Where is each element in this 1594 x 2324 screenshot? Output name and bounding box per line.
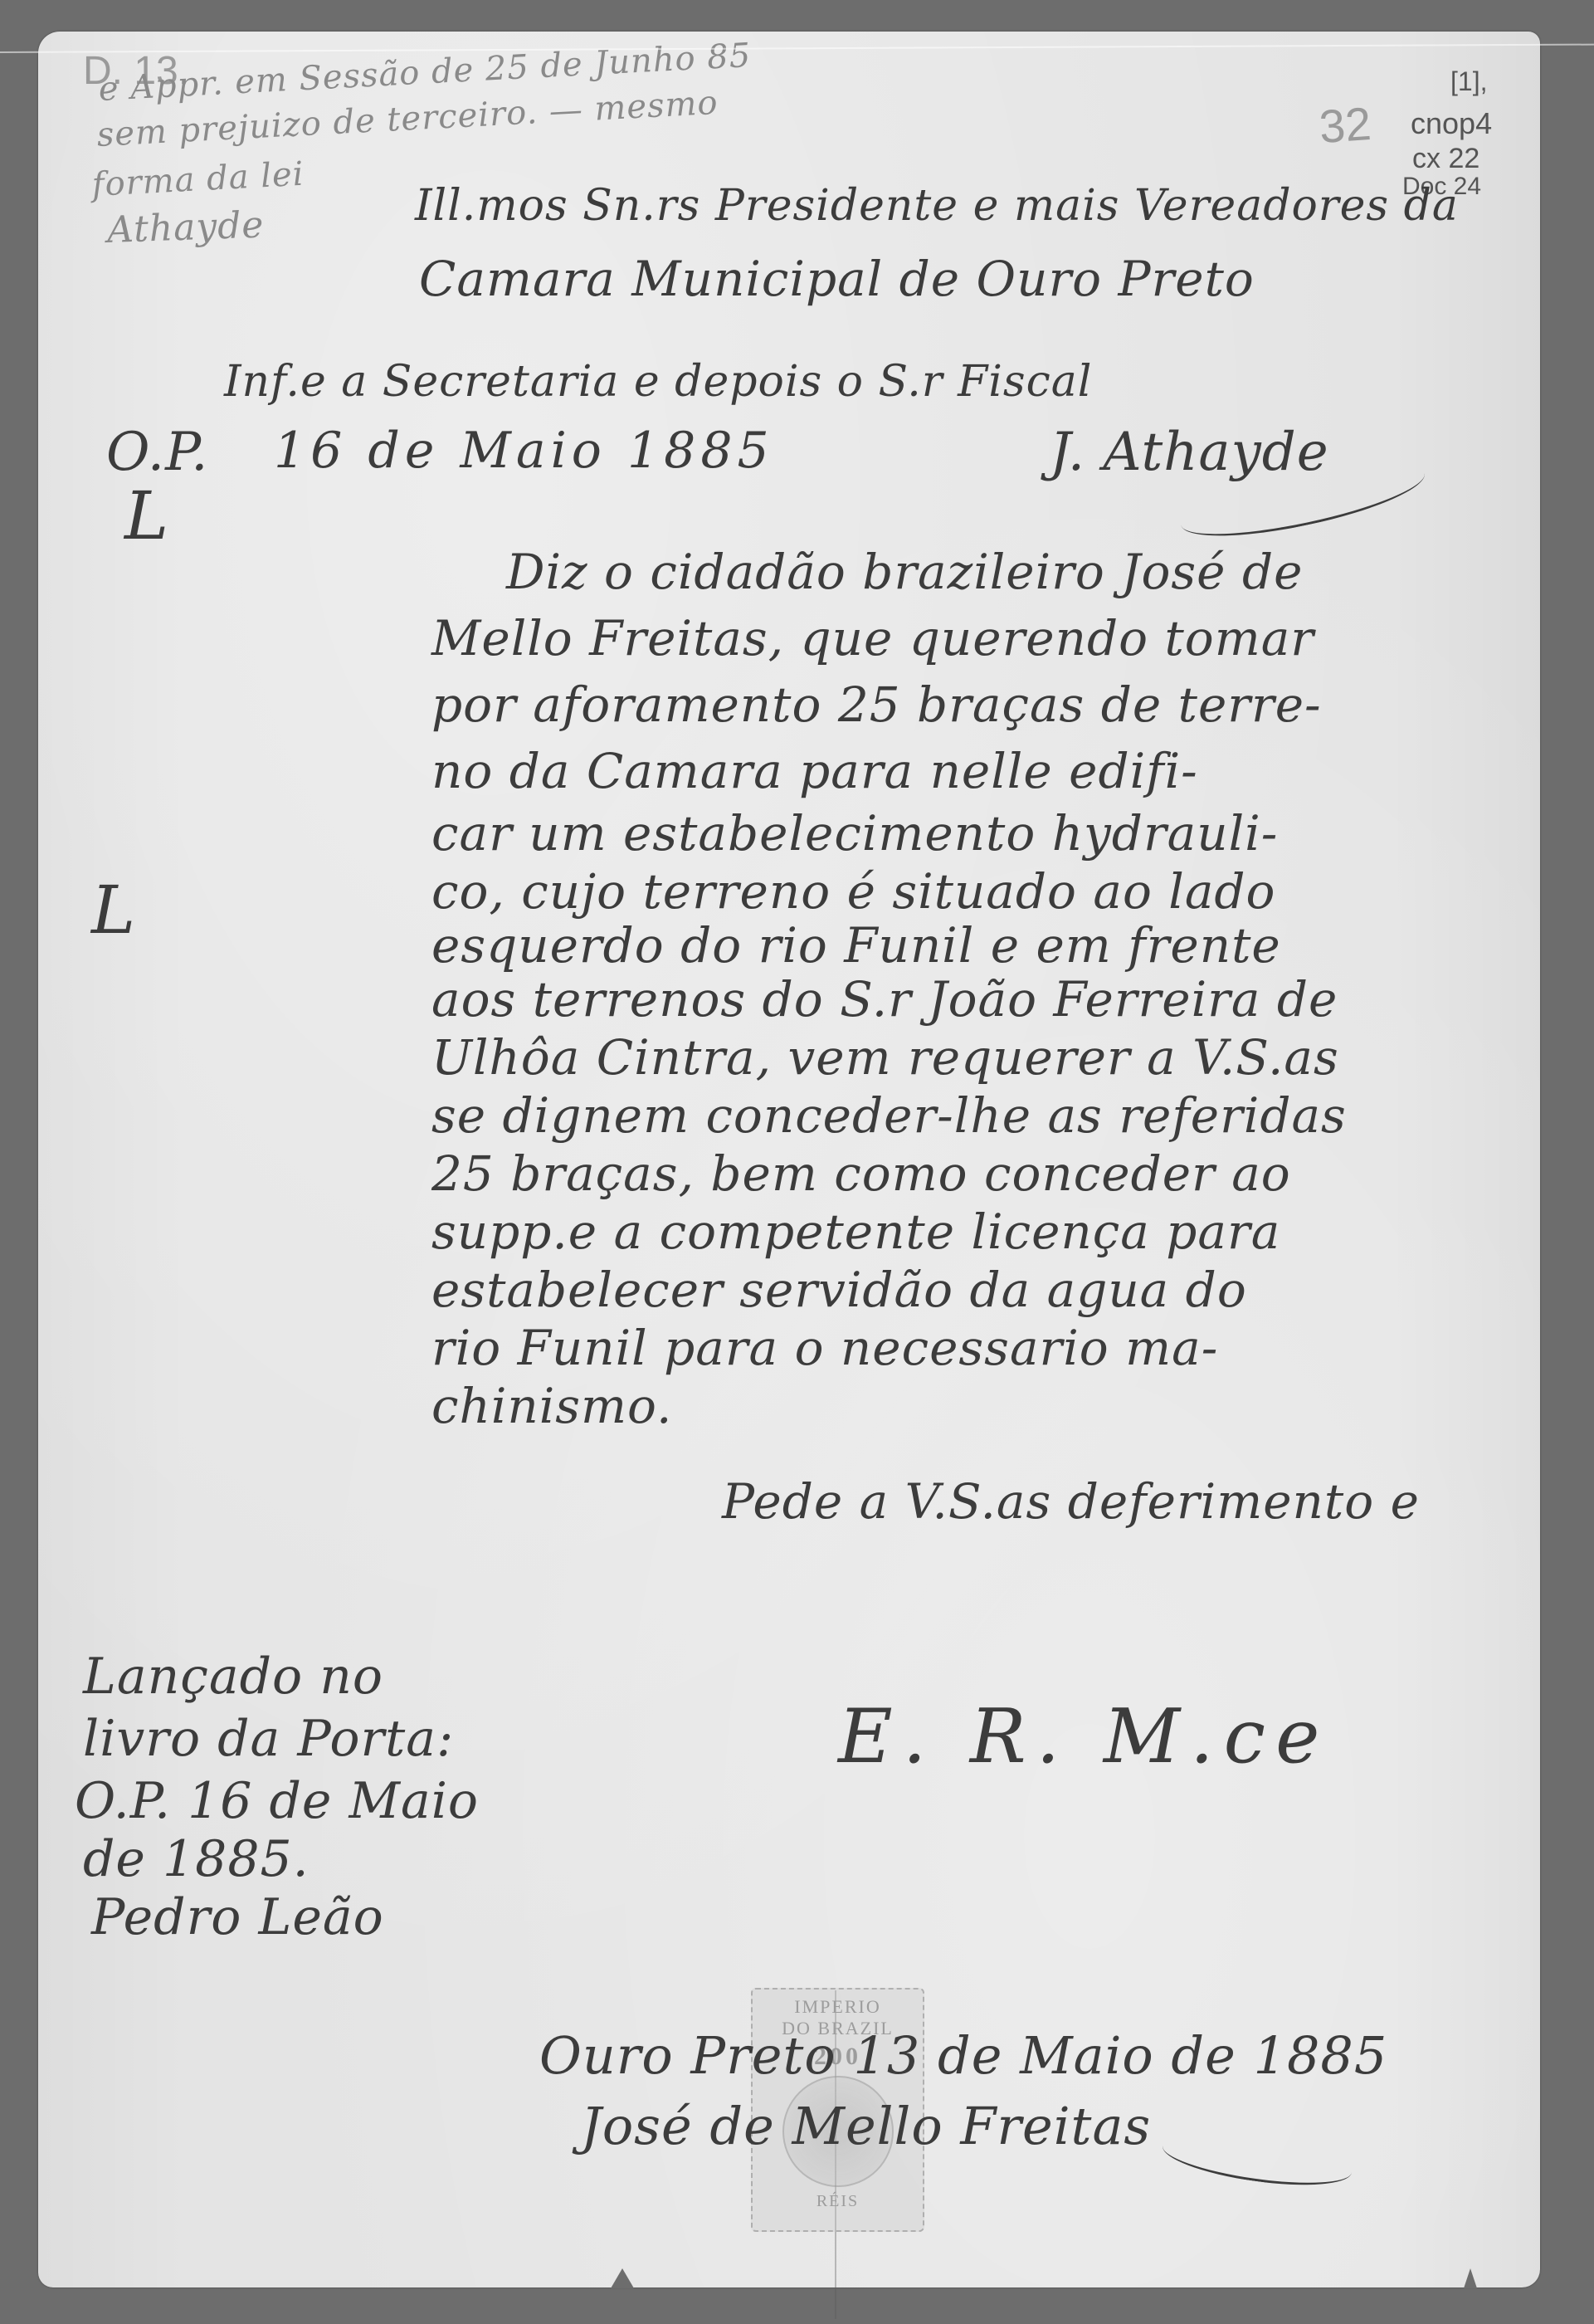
margin-mark-l-1: L <box>124 477 169 554</box>
closing-pede-deferimento: Pede a V.S.as deferimento e <box>722 1473 1420 1530</box>
closing-erm: E. R. M.ce <box>838 1693 1329 1780</box>
petition-line-5: car um estabelecimento hydrauli- <box>431 805 1278 862</box>
stamp-line-1: IMPERIO <box>753 1996 923 2018</box>
address-line-2: Camara Municipal de Ouro Preto <box>419 251 1255 307</box>
petition-line-8: aos terrenos do S.r João Ferreira de <box>431 971 1338 1028</box>
despacho-line-1: Inf.e a Secretaria e depois o S.r Fiscal <box>224 357 1092 407</box>
petition-line-12: supp.e a competente licença para <box>431 1203 1280 1260</box>
address-line-1: Ill.mos Sn.rs Presidente e mais Vereador… <box>415 181 1459 231</box>
registry-line-4: de 1885. <box>83 1830 310 1888</box>
registry-signature: Pedro Leão <box>91 1888 384 1946</box>
margin-despacho-signature: Athayde <box>106 203 265 251</box>
despacho-place: O.P. <box>106 422 209 483</box>
despacho-signature: J. Athayde <box>1050 422 1329 483</box>
petition-line-11: 25 braças, bem como conceder ao <box>431 1145 1291 1202</box>
petition-line-1: Diz o cidadão brazileiro José de <box>506 544 1303 600</box>
paper-tear <box>611 2268 634 2288</box>
stamp-bottom: RÉIS <box>753 2192 923 2211</box>
margin-mark-l-2: L <box>91 871 136 949</box>
despacho-date: 16 de Maio 1885 <box>274 422 774 480</box>
archive-ref-line-1: [1], <box>1450 66 1487 97</box>
petition-line-7: esquerdo do rio Funil e em frente <box>431 917 1281 974</box>
registry-line-1: Lançado no <box>83 1648 383 1706</box>
petition-line-13: estabelecer servidão da agua do <box>431 1262 1247 1318</box>
signer-name: José de Mello Freitas <box>581 2096 1151 2156</box>
registry-line-3: O.P. 16 de Maio <box>75 1772 479 1830</box>
petition-line-15: chinismo. <box>431 1378 672 1434</box>
petition-line-14: rio Funil para o necessario ma- <box>431 1320 1218 1376</box>
petition-line-9: Ulhôa Cintra, vem requerer a V.S.as <box>431 1029 1339 1086</box>
archive-ref-line-3: cx 22 <box>1412 143 1479 175</box>
paper-tear <box>1464 2268 1477 2288</box>
place-date-line: Ouro Preto 13 de Maio de 1885 <box>539 2025 1387 2086</box>
petition-line-3: por aforamento 25 braças de terre- <box>431 676 1322 733</box>
registry-line-2: livro da Porta: <box>83 1710 454 1768</box>
petition-line-10: se dignem conceder-lhe as referidas <box>431 1087 1347 1144</box>
folio-number: 32 <box>1318 96 1373 154</box>
archive-ref-line-2: cnop4 <box>1411 106 1492 141</box>
petition-line-4: no da Camara para nelle edifi- <box>431 743 1198 799</box>
petition-line-6: co, cujo terreno é situado ao lado <box>431 863 1275 920</box>
petition-line-2: Mello Freitas, que querendo tomar <box>431 610 1314 666</box>
